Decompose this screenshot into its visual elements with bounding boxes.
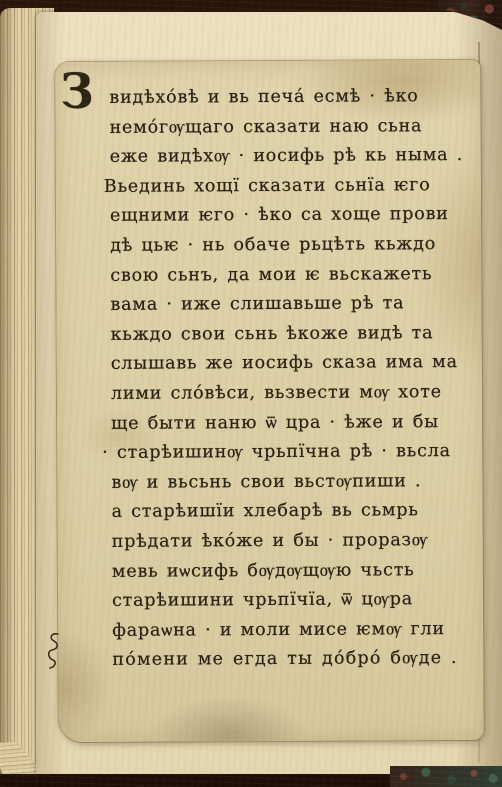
text-line: кьждо свои сьнь ѣкоже видѣ та <box>111 319 477 351</box>
book-photograph: З видѣхо́вѣ и вь печа́ есмѣ · ѣко немо́г… <box>0 0 502 787</box>
manuscript-leaf: З видѣхо́вѣ и вь печа́ есмѣ · ѣко немо́г… <box>55 60 484 742</box>
text-line: а старѣишїи хлебарѣ вь сьмрь <box>112 496 478 528</box>
text-line: мевь иѡсифь бѹдѹщѹю чьсть <box>112 555 478 587</box>
text-line: лими сло́вѣси, вьзвести мѹ хоте <box>111 378 477 410</box>
text-line: прѣдати ѣко́же и бы · проразѹ <box>112 526 478 558</box>
text-line: по́мени ме егда ты до́бро́ бѹде . <box>112 644 478 676</box>
text-line: слышавь же иосифь сказа има ма <box>111 348 477 380</box>
text-line: дѣ цьѥ · нь обаче рьцѣть кьждо <box>110 230 476 262</box>
text-line: свою сьнъ, да мои ѥ вьскажеть <box>110 259 476 291</box>
background-strip-top <box>0 0 502 10</box>
text-line: видѣхо́вѣ и вь печа́ есмѣ · ѣко <box>109 82 475 114</box>
text-line: · старѣишинѹ чрьпїчна рѣ · вьсла <box>102 437 477 469</box>
text-line: ще быти наню ѿ цра · ѣже и бы <box>111 407 477 439</box>
text-line: вама · иже слишавьше рѣ та <box>110 289 476 321</box>
cover-marble-bottom-right <box>390 766 502 787</box>
text-line: немо́гѹщаго сказати наю сьна <box>109 112 475 144</box>
text-line: еже видѣхѹ · иосифь рѣ кь ныма . <box>110 141 476 173</box>
text-line: вѹ и вьсьнь свои вьстѹпиши . <box>111 467 477 499</box>
text-block: видѣхо́вѣ и вь печа́ есмѣ · ѣко немо́гѹщ… <box>109 82 478 676</box>
text-line: Вьединь хощї сказати сьнїа ѥго <box>104 171 476 203</box>
text-line: старѣишини чрьпїчїа, ѿ цѹра <box>112 585 478 617</box>
margin-flourish-icon <box>45 631 63 671</box>
text-line: ещними ѥго · ѣко са хоще прови <box>110 200 476 232</box>
folio-number: З <box>60 67 93 115</box>
text-line: фараѡна · и моли мисе ѥмѹ гли <box>112 615 478 647</box>
